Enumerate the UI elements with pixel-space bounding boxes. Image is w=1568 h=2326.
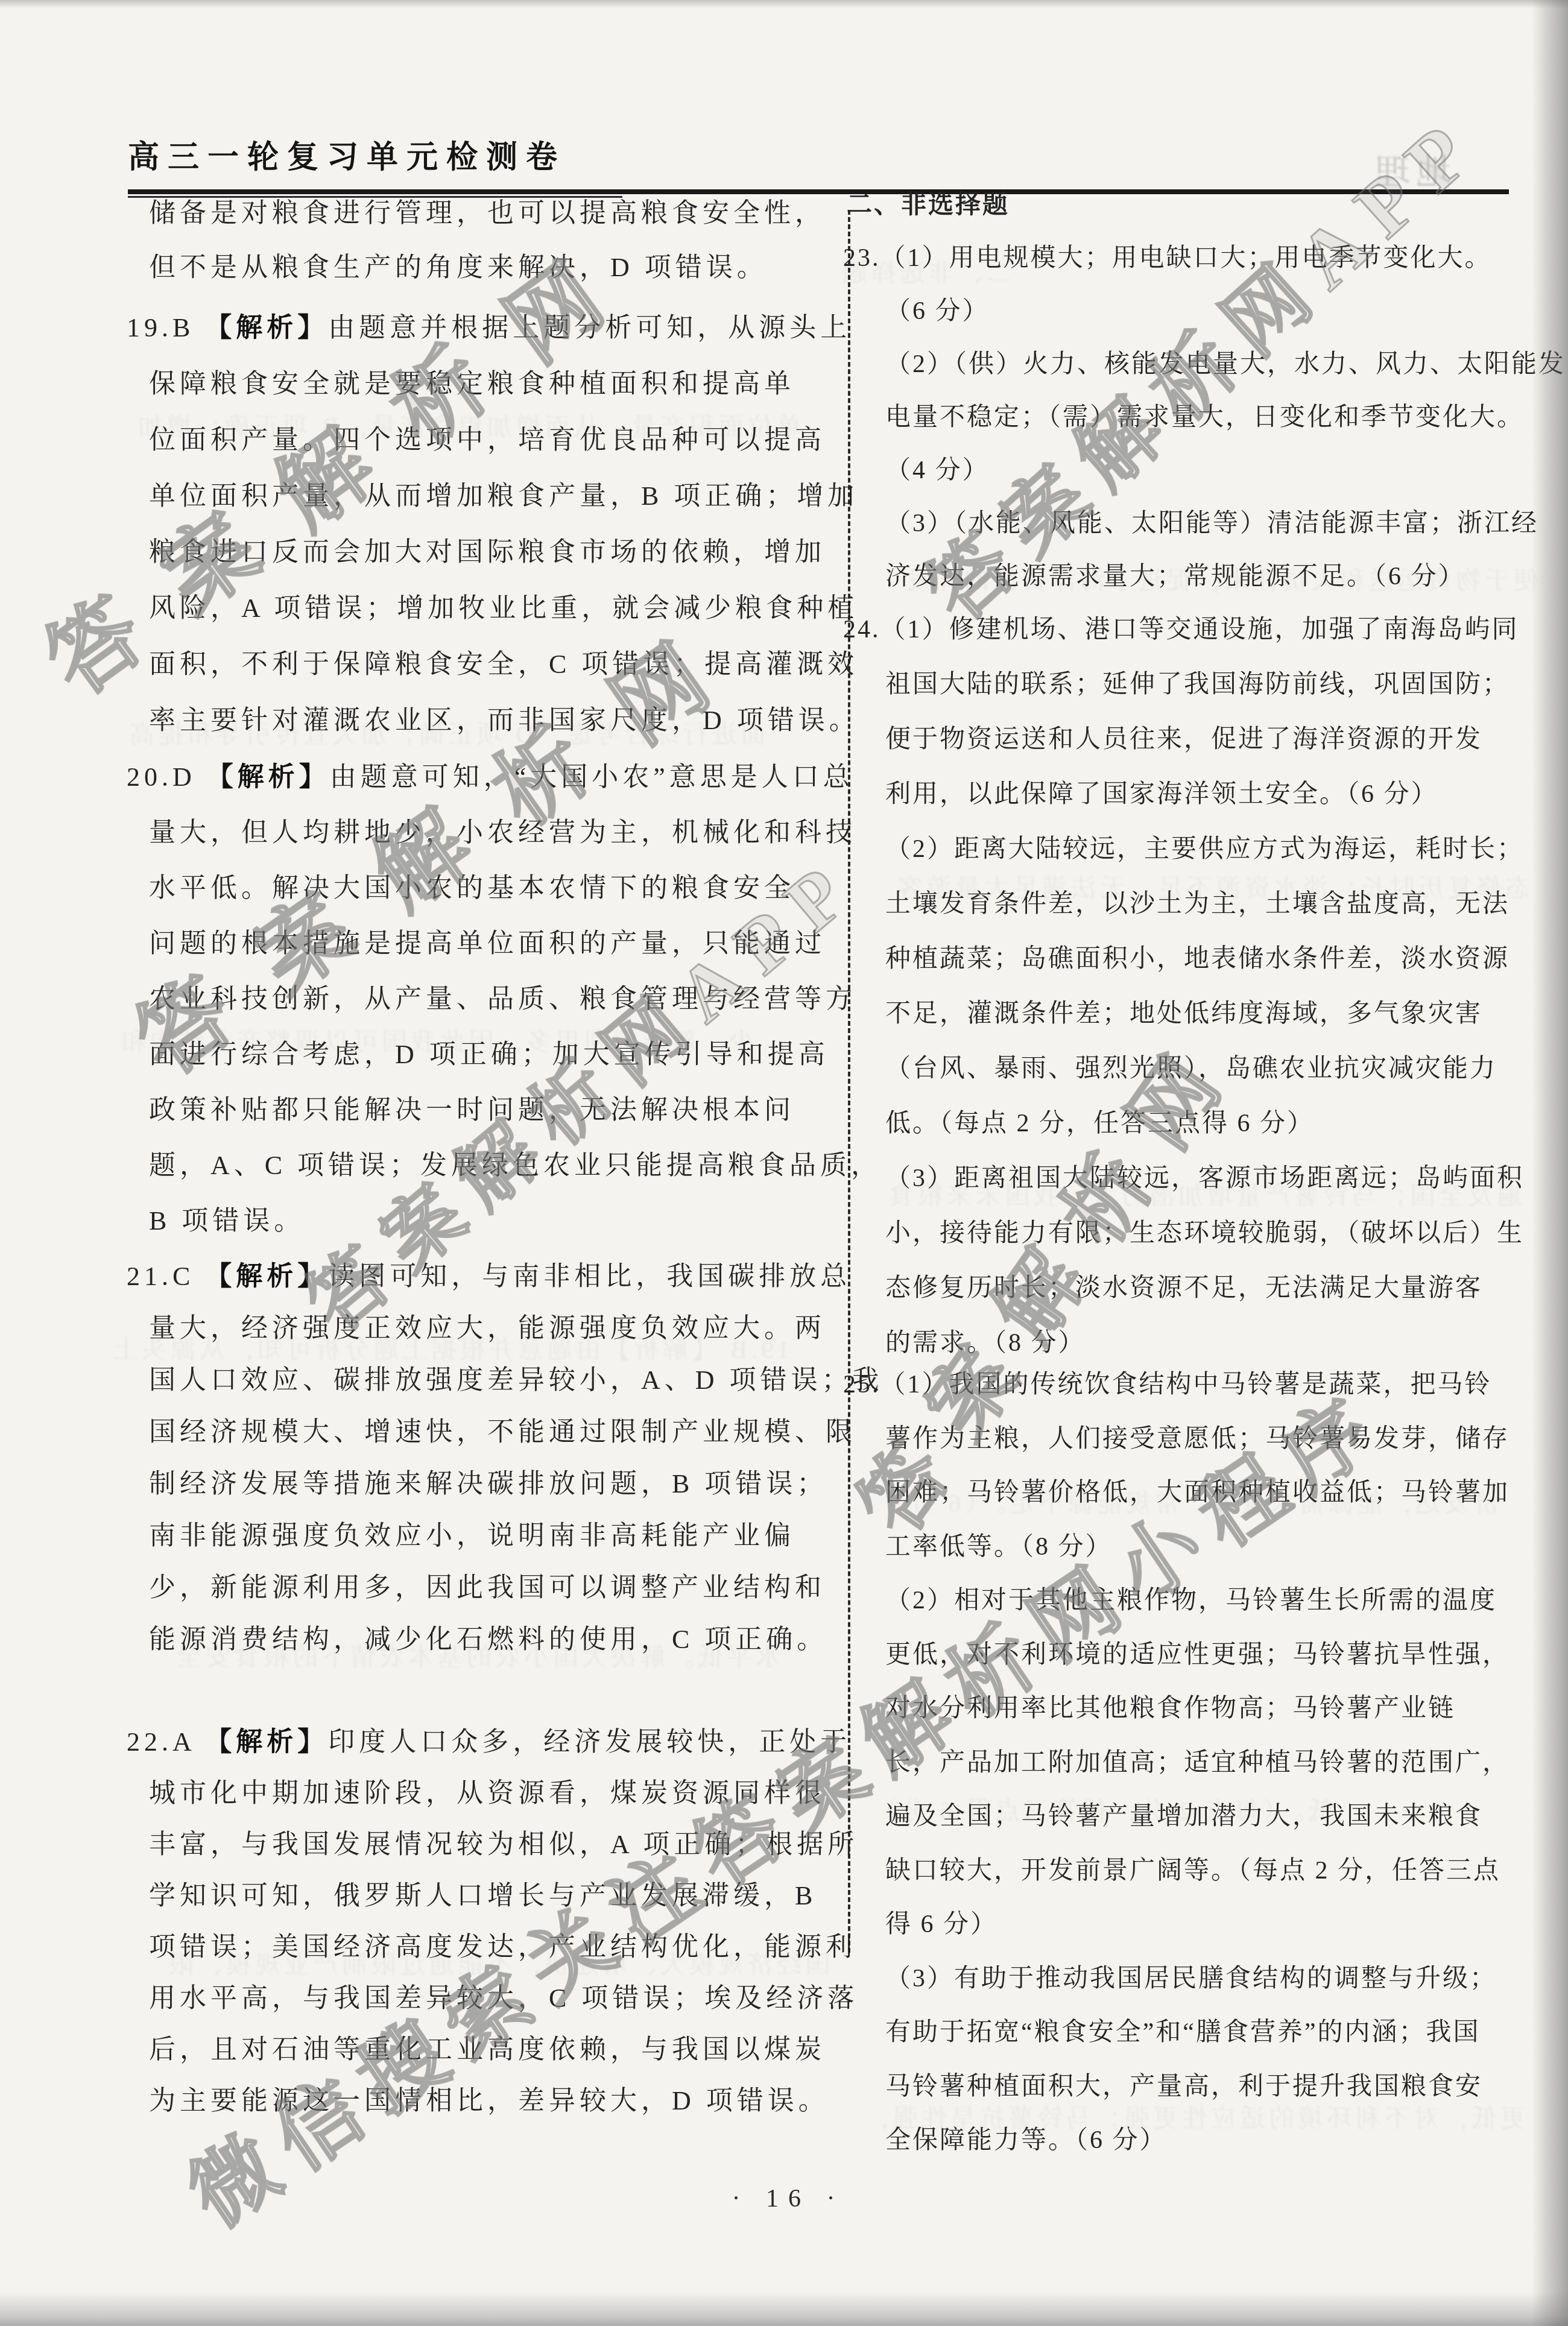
text-line: 祖国大陆的联系；延伸了我国海防前线，巩固国防；: [885, 670, 1510, 699]
header-rule-double: [128, 196, 622, 198]
text-line: 问题的根本措施是提高单位面积的产量，只能通过: [149, 929, 826, 959]
text-line: 电量不稳定；（需）需求量大，日变化和季节变化大。: [885, 403, 1524, 432]
text-line: 项错误；美国经济高度发达，产业结构优化，能源利: [149, 1932, 856, 1963]
text-line: 不足，灌溉条件差；地处低纬度海域，多气象灾害: [885, 999, 1482, 1028]
page-number: · 16 ·: [732, 2184, 845, 2213]
text-line: 南非能源强度负效应小，说明南非高耗能产业偏: [149, 1521, 795, 1552]
text-line: 23.（1）用电规模大；用电缺口大；用电季节变化大。: [843, 244, 1492, 273]
text-line: 马铃薯种植面积大，产量高，利于提升我国粮食安: [885, 2072, 1482, 2101]
text-line: 制经济发展等措施来解决碳排放问题，B 项错误；: [149, 1469, 827, 1500]
page-edge-shadow-bottom: [0, 2292, 1568, 2326]
text-line: 但不是从粮食生产的角度来解决，D 项错误。: [149, 253, 768, 283]
text-line: 面进行综合考虑，D 项正确；加大宣传引导和提高: [149, 1040, 829, 1070]
text-line: 缺口较大，开发前景广阔等。（每点 2 分，任答三点: [885, 1856, 1500, 1885]
text-line: 薯作为主粮，人们接受意愿低；马铃薯易发芽，储存: [885, 1424, 1510, 1453]
text-line: 率主要针对灌溉农业区，而非国家尺度，D 项错误。: [149, 706, 860, 736]
text-line: 政策补贴都只能解决一时问题，无法解决根本问: [149, 1095, 795, 1126]
text-line: 为主要能源这一国情相比，差异较大，D 项错误。: [149, 2086, 829, 2117]
text-line: 25.（1）我国的传统饮食结构中马铃薯是蔬菜，把马铃: [843, 1370, 1492, 1399]
page-title: 高三一轮复习单元检测卷: [128, 131, 566, 177]
text-line: （2）（供）火力、核能发电量大，水力、风力、太阳能发: [885, 350, 1566, 379]
text-line: 21.C 【解析】读图可知，与南非相比，我国碳排放总: [127, 1262, 851, 1292]
text-line: 长，产品加工附加值高；适宜种植马铃薯的范围广，: [885, 1748, 1510, 1777]
text-line: 学知识可知，俄罗斯人口增长与产业发展滞缓，B: [149, 1881, 817, 1912]
text-line: 用水平高，与我国差异较大，C 项错误；埃及经济落: [149, 1983, 858, 2014]
text-line: 种植蔬菜；岛礁面积小，地表储水条件差，淡水资源: [885, 944, 1510, 973]
text-line: 对水分利用率比其他粮食作物高；马铃薯产业链: [885, 1694, 1455, 1723]
text-line: 态修复历时长；淡水资源不足，无法满足大量游客: [885, 1274, 1482, 1303]
text-line: 利用，以此保障了国家海洋领土安全。（6 分）: [885, 780, 1438, 809]
text-line: 24.（1）修建机场、港口等交通设施，加强了南海岛屿同: [843, 615, 1519, 644]
text-line: 低。（每点 2 分，任答三点得 6 分）: [885, 1109, 1314, 1138]
scanned-answer-page: 二、非选择题单位面积产量，从而增加粮食产量，B 项正确；增加便于物资运送和人员往…: [0, 0, 1568, 2326]
text-line: 单位面积产量，从而增加粮食产量，B 项正确；增加: [149, 481, 858, 512]
text-line: 二、非选择题: [847, 191, 1010, 220]
subject-bleed-text: 地理: [1369, 144, 1451, 194]
text-line: 面积，不利于保障粮食安全，C 项错误；提高灌溉效: [149, 649, 858, 680]
text-line: 粮食进口反而会加大对国际粮食市场的依赖，增加: [149, 537, 826, 568]
text-line: （3）距离祖国大陆较远，客源市场距离远；岛屿面积: [885, 1164, 1524, 1193]
text-line: 更低，对不利环境的适应性更强；马铃薯抗旱性强，: [885, 1640, 1510, 1669]
text-line: 有助于拓宽“粮食安全”和“膳食营养”的内涵；我国: [885, 2018, 1481, 2047]
column-divider-dashed: [848, 210, 850, 1953]
text-line: 水平低。解决大国小农的基本农情下的粮食安全: [149, 873, 795, 904]
text-line: 丰富，与我国发展情况较为相似，A 项正确；根据所: [149, 1830, 858, 1860]
text-line: （台风、暴雨、强烈光照），岛礁农业抗灾减灾能力: [885, 1054, 1497, 1083]
text-line: 22.A 【解析】印度人口众多，经济发展较快，正处于: [127, 1727, 851, 1758]
text-line: 得 6 分）: [885, 1910, 997, 1939]
text-line: 19.B 【解析】由题意并根据上题分析可知，从源头上: [127, 313, 851, 344]
text-line: 全保障能力等。（6 分）: [885, 2126, 1167, 2155]
text-line: 保障粮食安全就是要稳定粮食种植面积和提高单: [149, 369, 795, 400]
text-line: 土壤发育条件差，以沙土为主，土壤含盐度高，无法: [885, 890, 1510, 918]
text-line: 储备是对粮食进行管理，也可以提高粮食安全性，: [149, 198, 826, 229]
text-line: 国人口效应、碳排放强度差异较小，A、D 项错误；我: [149, 1365, 884, 1396]
text-line: 的需求。（8 分）: [885, 1329, 1086, 1357]
text-line: （2）距离大陆较远，主要供应方式为海运，耗时长；: [885, 835, 1524, 864]
text-line: （2）相对于其他主粮作物，马铃薯生长所需的温度: [885, 1586, 1497, 1615]
text-line: （3）（水能、风能、太阳能等）清洁能源丰富；浙江经: [885, 509, 1538, 538]
page-edge-shadow-top: [0, 0, 1568, 8]
text-line: 量大，但人均耕地少，小农经营为主，机械化和科技: [149, 818, 856, 849]
text-line: （4 分）: [885, 456, 990, 485]
text-line: （3）有助于推动我国居民膳食结构的调整与升级；: [885, 1964, 1497, 1993]
text-line: 位面积产量。四个选项中，培育优良品种可以提高: [149, 425, 826, 456]
text-line: 能源消费结构，减少化石燃料的使用，C 项正确。: [149, 1625, 827, 1655]
text-line: 量大，经济强度正效应大，能源强度负效应大。两: [149, 1313, 826, 1344]
page-edge-shadow-right: [1532, 0, 1568, 2326]
text-line: 困难；马铃薯价格低，大面积种植收益低；马铃薯加: [885, 1478, 1510, 1507]
text-line: 农业科技创新，从产量、品质、粮食管理与经营等方: [149, 984, 856, 1015]
text-line: 济发达，能源需求量大；常规能源不足。（6 分）: [885, 562, 1465, 591]
text-line: 便于物资运送和人员往来，促进了海洋资源的开发: [885, 725, 1482, 754]
text-line: 遍及全国；马铃薯产量增加潜力大，我国未来粮食: [885, 1802, 1482, 1831]
text-line: （6 分）: [885, 297, 990, 326]
text-line: 工率低等。（8 分）: [885, 1532, 1113, 1561]
text-line: 20.D 【解析】由题意可知，“大国小农”意思是人口总: [127, 762, 854, 793]
header-rule: [128, 189, 1509, 194]
text-line: 风险，A 项错误；增加牧业比重，就会减少粮食种植: [149, 593, 858, 624]
text-line: B 项错误。: [149, 1206, 305, 1237]
text-line: 国经济规模大、增速快，不能通过限制产业规模、限: [149, 1417, 856, 1448]
text-line: 小，接待能力有限；生态环境较脆弱，（破坏以后）生: [885, 1219, 1524, 1248]
text-line: 后，且对石油等重化工业高度依赖，与我国以煤炭: [149, 2035, 826, 2065]
text-line: 城市化中期加速阶段，从资源看，煤炭资源同样很: [149, 1778, 826, 1809]
text-line: 少，新能源利用多，因此我国可以调整产业结构和: [149, 1573, 826, 1604]
text-line: 题，A、C 项错误；发展绿色农业只能提高粮食品质，: [149, 1151, 882, 1181]
